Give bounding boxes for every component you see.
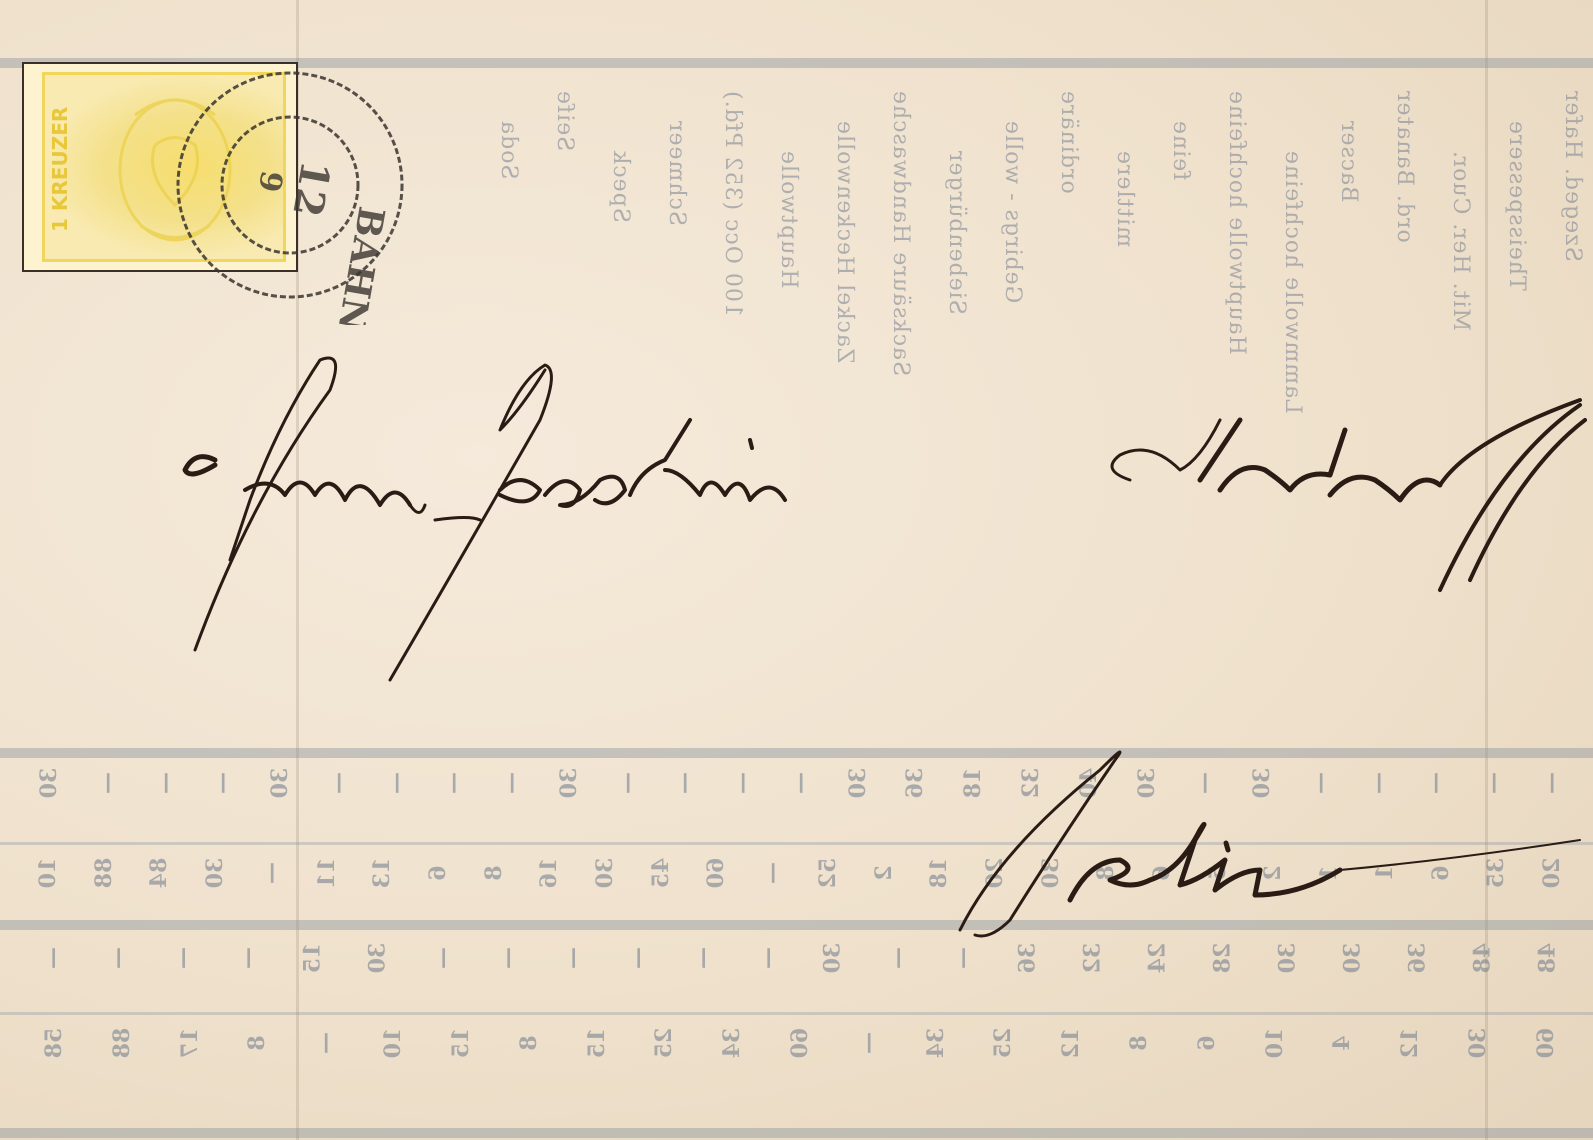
postal-cover: Szeged. HaferTheisspessereMit. Her. Cuor… bbox=[0, 0, 1593, 1140]
handwritten-address: Herrn Joachim Markuß Berlin bbox=[0, 0, 1593, 1140]
